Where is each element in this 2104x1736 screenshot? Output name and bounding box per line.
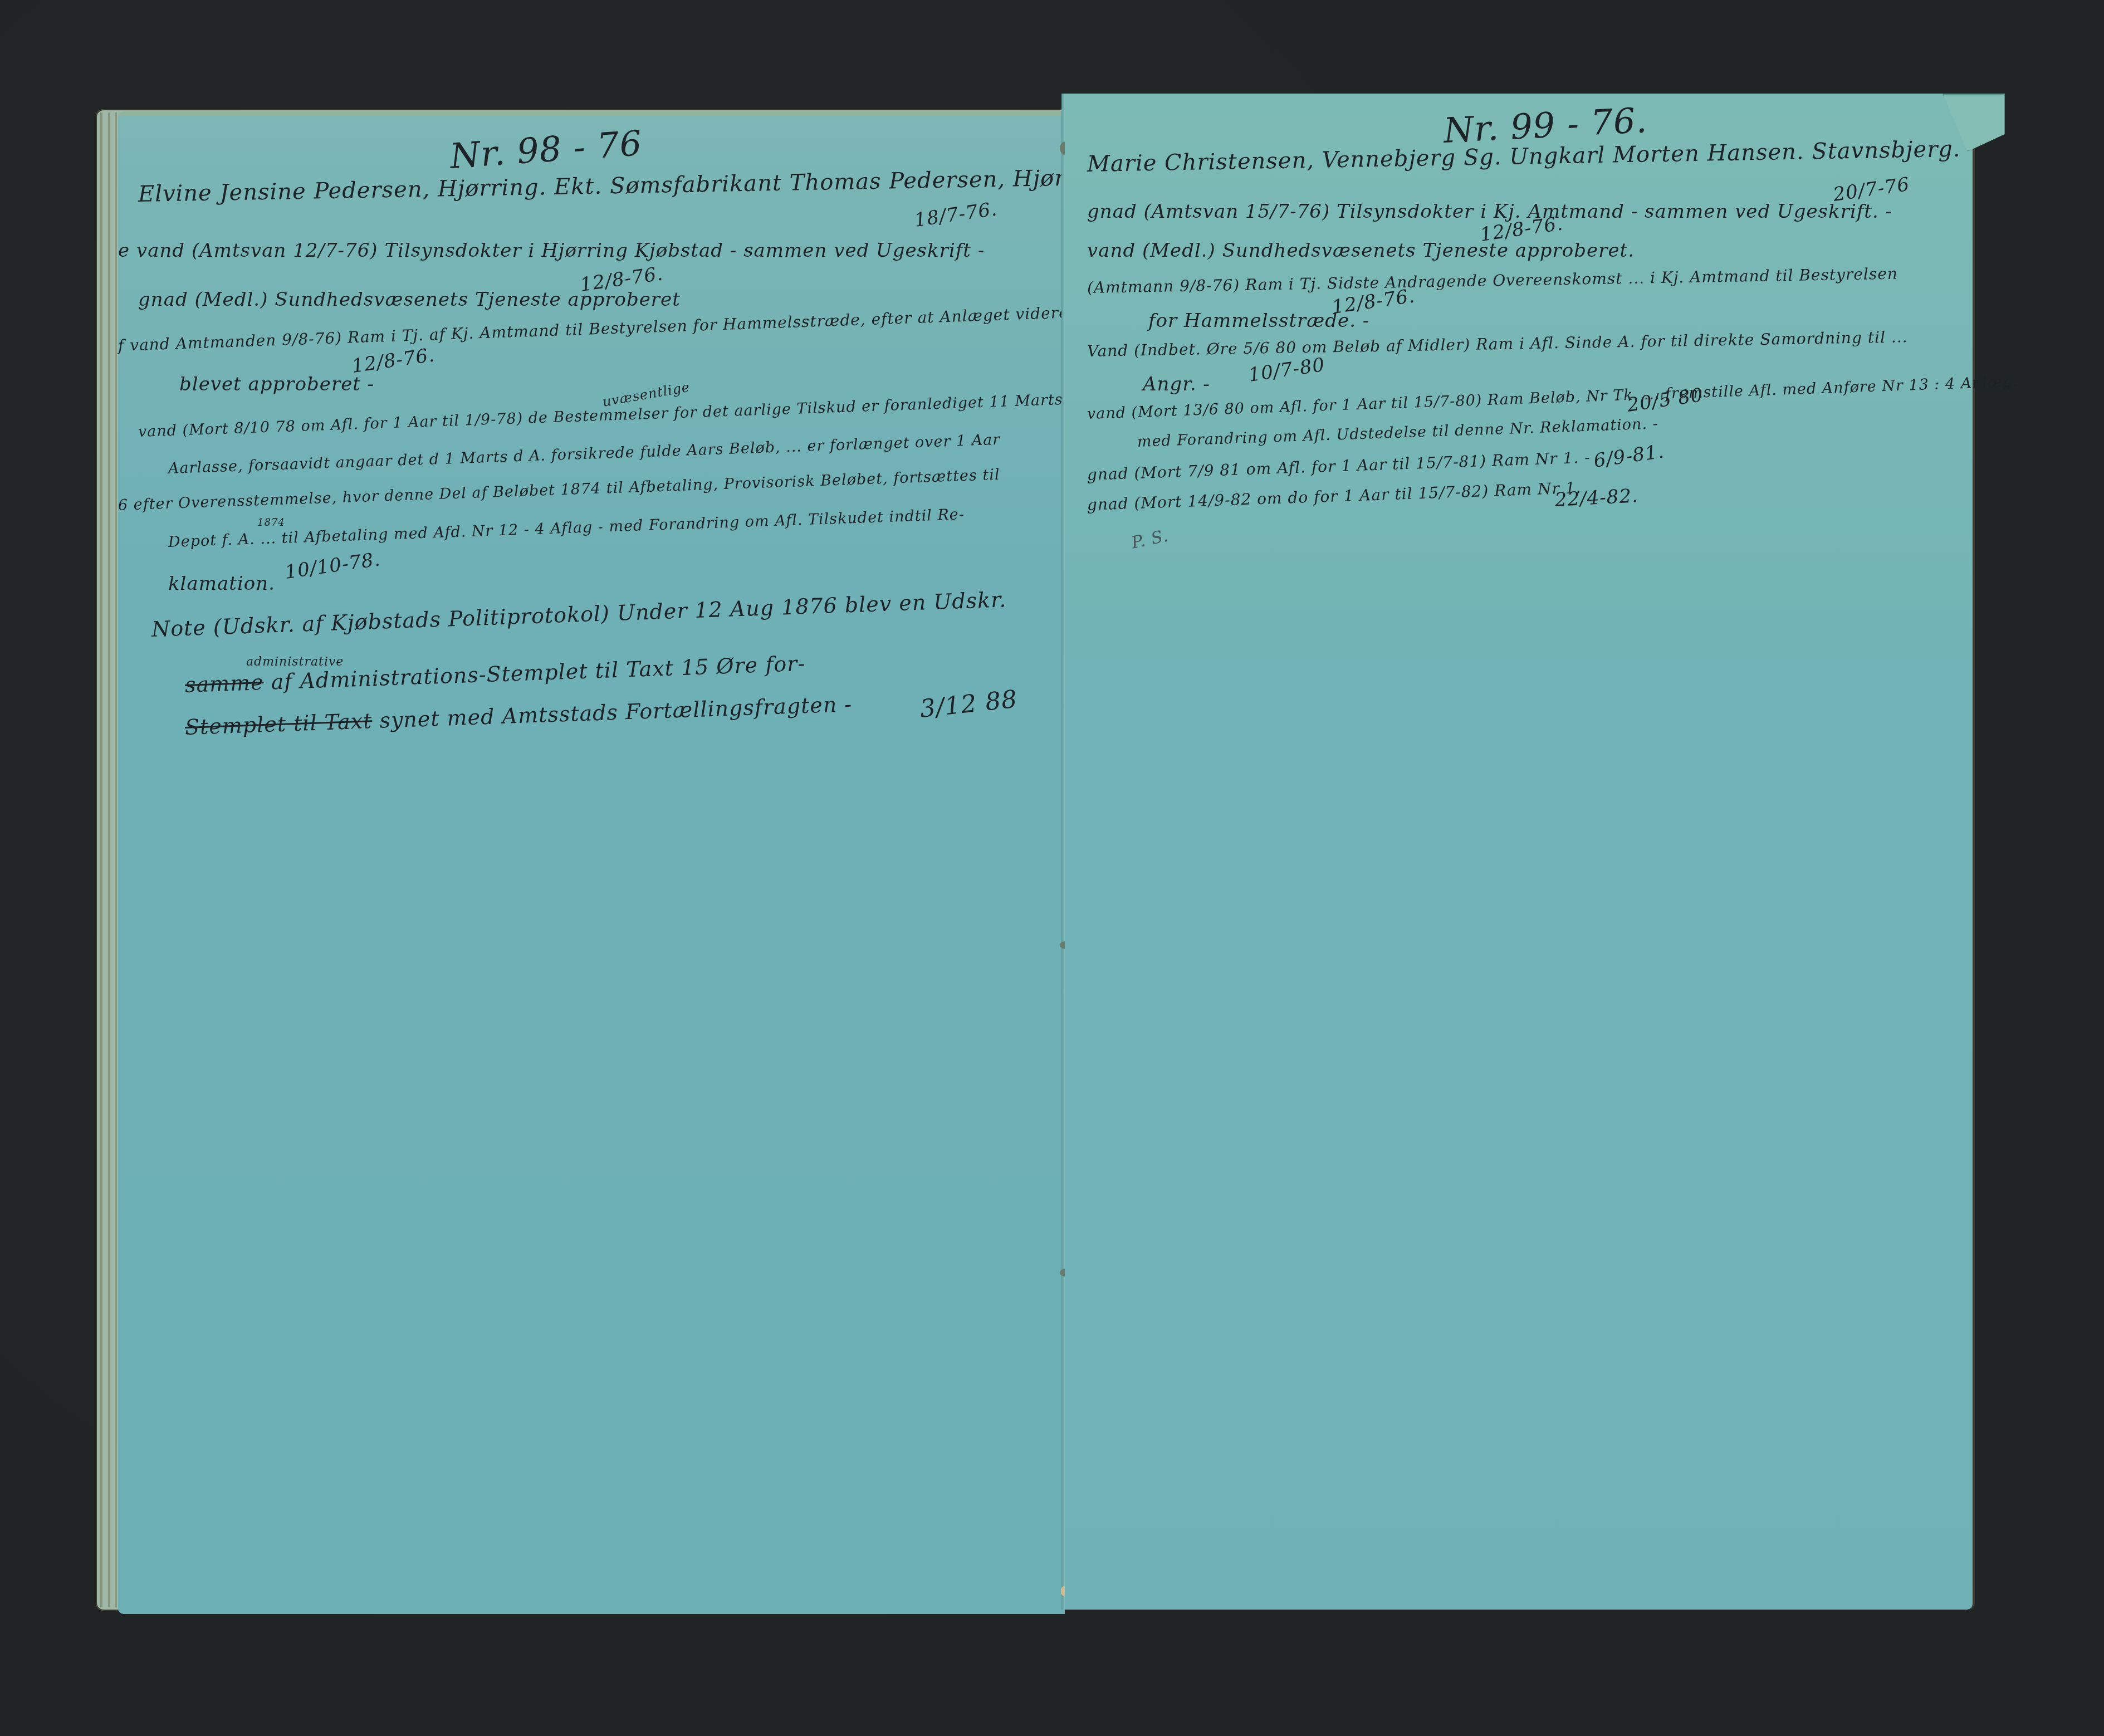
- right-page: Nr. 99 - 76. Marie Christensen, Vennebje…: [1065, 94, 1973, 1610]
- ledger-line: Vand (Indbet. Øre 5/6 80 om Beløb af Mid…: [1087, 327, 1908, 360]
- page-edge: [115, 113, 117, 1607]
- ledger-line: klamation.: [168, 573, 275, 595]
- entry-number: Nr. 98 - 76: [448, 123, 643, 177]
- margin-mark: f: [118, 336, 125, 355]
- page-edge: [108, 113, 110, 1607]
- left-page: Nr. 98 - 76 Elvine Jensine Pedersen, Hjø…: [118, 111, 1065, 1614]
- interlinear-note: administrative: [246, 655, 344, 669]
- ledger-line: Depot f. A. ... til Afbetaling med Afd. …: [168, 506, 965, 551]
- struck-word: samme: [184, 670, 264, 697]
- ledger-line: gnad (Amtsvan 15/7-76) Tilsynsdokter i K…: [1087, 201, 1892, 223]
- struck-word: Stemplet til Taxt: [184, 708, 373, 740]
- entry-date: 6/9-81.: [1592, 440, 1666, 472]
- ledger-line: gnad (Mort 14/9-82 om do for 1 Aar til 1…: [1087, 478, 1582, 514]
- margin-mark: 6: [118, 496, 128, 514]
- ledger-line: vand (Medl.) Sundhedsvæsenets Tjeneste a…: [1087, 239, 1635, 262]
- margin-mark: e: [118, 239, 130, 262]
- ledger-line: e vand (Amtsvan 12/7-76) Tilsynsdokter i…: [118, 239, 985, 262]
- ledger-line: med Forandring om Afl. Udstedelse til de…: [1137, 415, 1658, 451]
- note-line: Stemplet til Taxt synet med Amtsstads Fo…: [184, 692, 853, 740]
- page-edge: [100, 113, 102, 1607]
- ledger-line: vand (Mort 13/6 80 om Afl. for 1 Aar til…: [1087, 373, 2018, 423]
- entry-date: 10/7-80: [1247, 354, 1326, 387]
- entry-heading: Elvine Jensine Pedersen, Hjørring. Ekt. …: [138, 164, 1114, 207]
- entry-date: 18/7-76.: [913, 198, 999, 231]
- ledger-line: (Amtmann 9/8-76) Ram i Tj. Sidste Andrag…: [1087, 265, 1898, 297]
- ledger-line: Angr. -: [1143, 373, 1210, 395]
- entry-date: 3/12 88: [918, 685, 1019, 723]
- entry-date: 10/10-78.: [283, 548, 381, 584]
- interlinear-note: 1874: [257, 517, 285, 529]
- ledger-line: f vand Amtmanden 9/8-76) Ram i Tj. af Kj…: [118, 303, 1069, 355]
- entry-date: 22/4-82.: [1554, 485, 1639, 511]
- ledger-line: blevet approberet -: [179, 373, 374, 395]
- note-line: Note (Udskr. af Kjøbstads Politiprotokol…: [151, 587, 1007, 642]
- entry-date: 12/8-76.: [350, 344, 436, 377]
- ledger-line: gnad (Mort 7/9 81 om Afl. for 1 Aar til …: [1087, 448, 1591, 484]
- pencil-note: P. S.: [1129, 526, 1170, 552]
